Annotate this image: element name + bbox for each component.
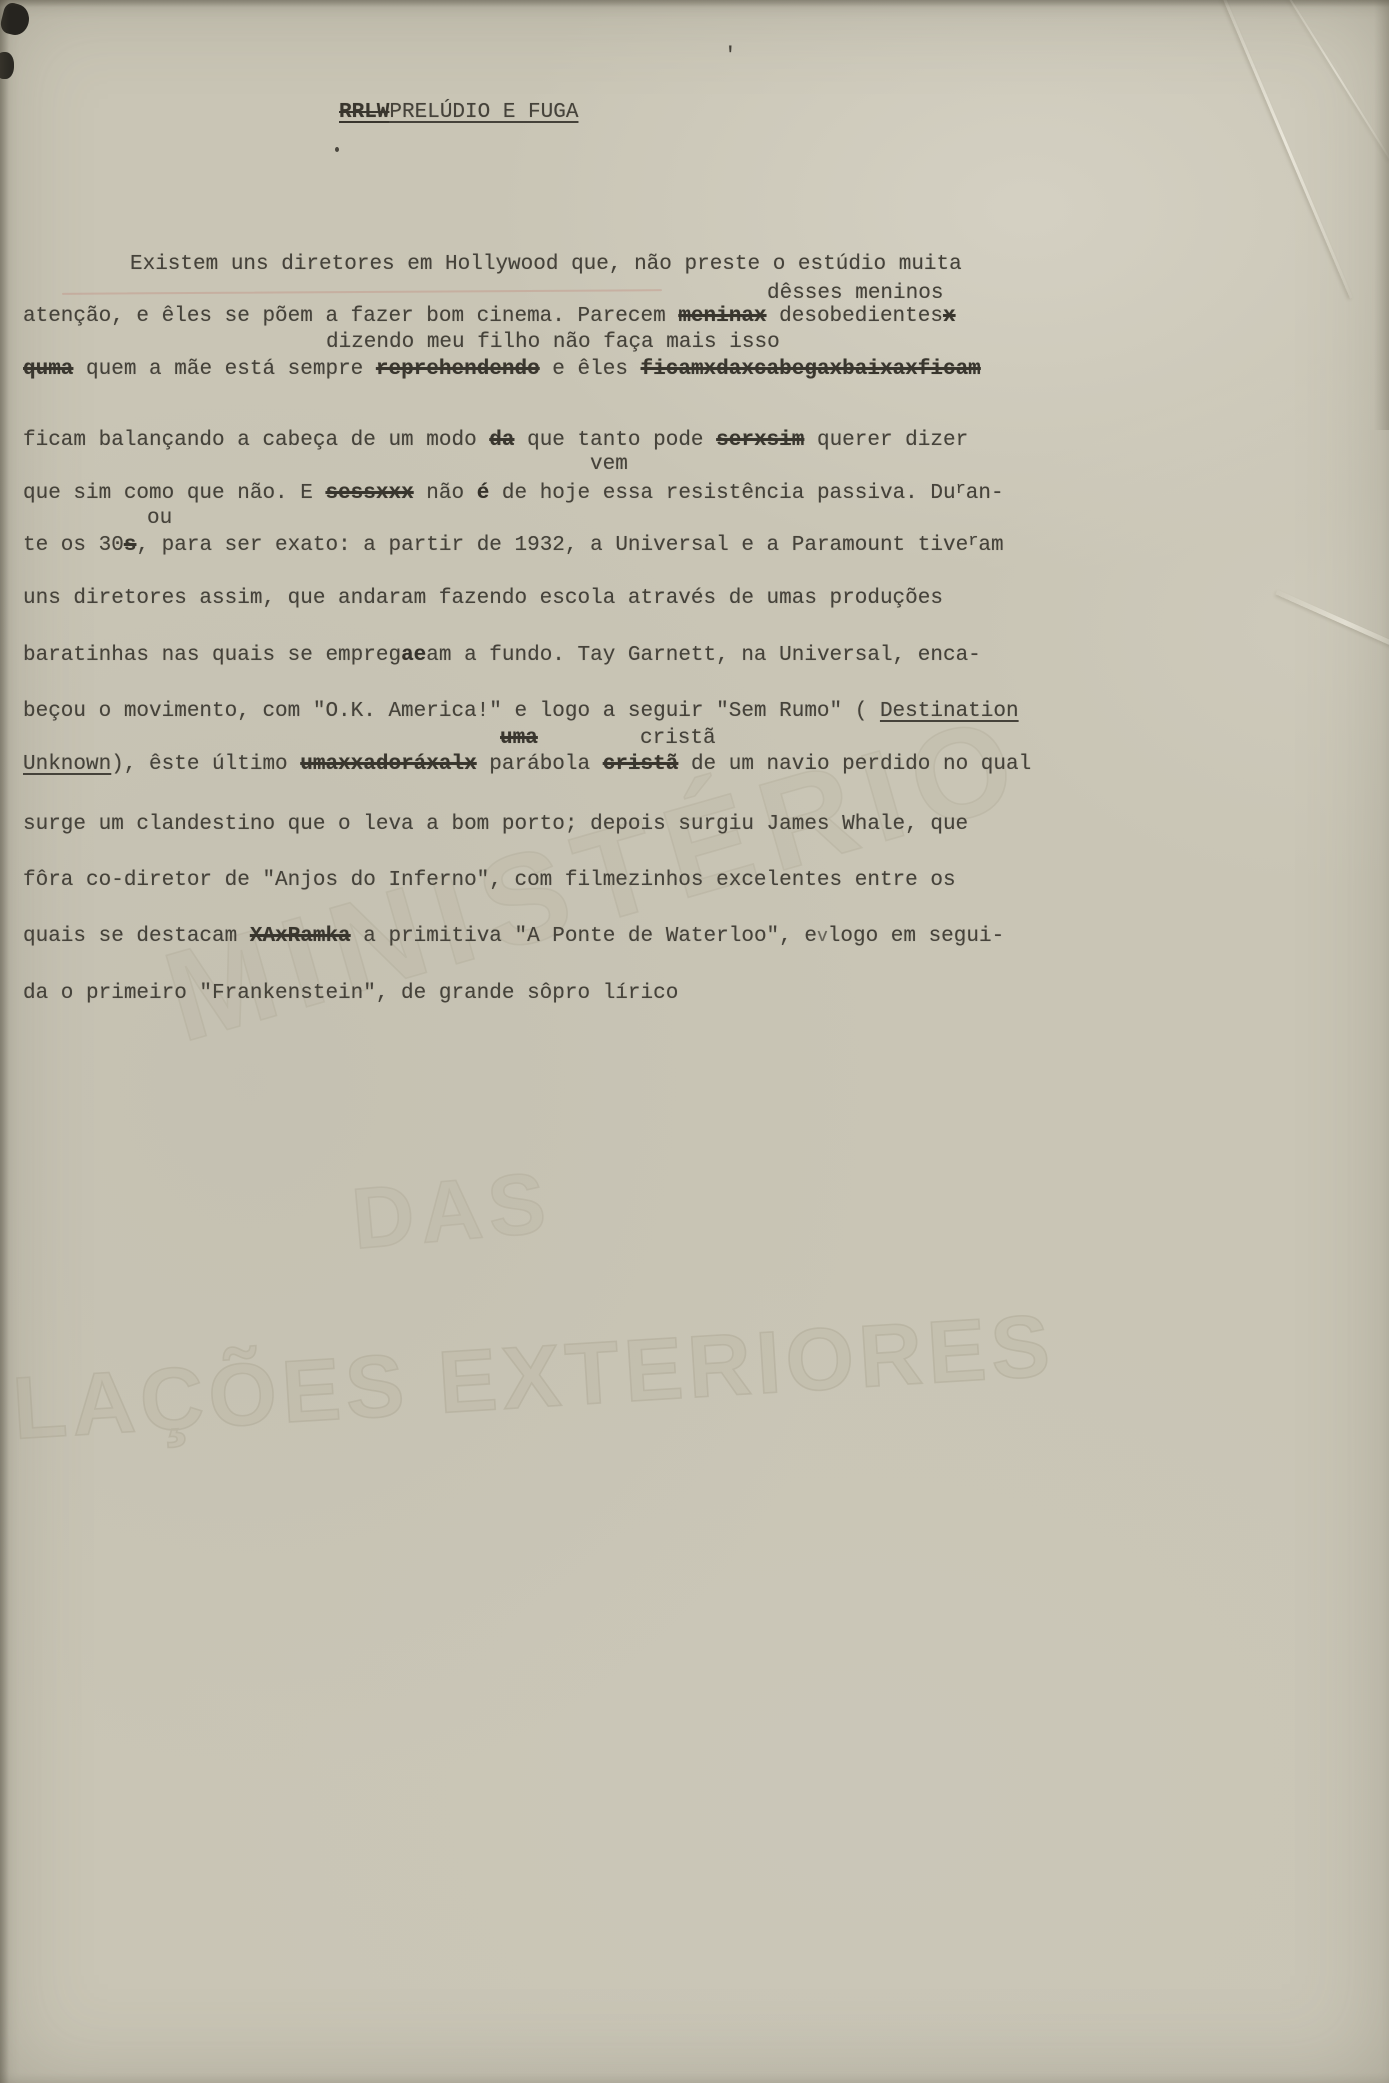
text-segment: da o primeiro "Frankenstein", de grande … [23,982,678,1005]
text-segment: dizendo meu filho não faça mais isso [326,331,780,354]
text-segment: Existem uns diretores em Hollywood que, … [130,253,962,276]
text-segment: uma [500,727,538,750]
text-segment: logo em segui- [828,925,1004,948]
inserted-correction: dizendo meu filho não faça mais isso [326,330,780,356]
body-line: da o primeiro "Frankenstein", de grande … [23,981,678,1007]
paper-sheet: MINISTÉRIO DAS LAÇÕES EXTERIORES RRLWPRE… [0,0,1389,2083]
text-segment: beçou o movimento, com "O.K. America!" e… [23,700,880,723]
body-line: uns diretores assim, que andaram fazendo… [23,586,943,612]
text-segment: atenção, e êles se põem a fazer bom cine… [23,305,678,328]
text-segment: ficamxdaxcabegaxbaixaxficam [641,358,981,381]
text-segment: x [943,305,956,328]
inserted-correction: uma [500,726,538,752]
text-segment: que tanto pode [515,429,717,452]
text-segment: é [477,482,490,505]
text-segment: desobedientes [767,305,943,328]
text-segment: não [414,482,477,505]
body-line: fôra co-diretor de "Anjos do Inferno", c… [23,868,956,894]
text-segment: meninax [678,305,766,328]
text-segment: Unknown [23,753,111,776]
stray-mark: ' [724,44,737,70]
text-segment: de um navio perdido no qual [678,753,1031,776]
text-segment: de hoje essa resistência passiva. Du [489,482,955,505]
body-line: que sim como que não. E sessxxx não é de… [23,477,1004,507]
text-segment: sessxxx [325,482,413,505]
text-segment: serxsim [716,429,804,452]
text-segment: fôra co-diretor de "Anjos do Inferno", c… [23,869,956,892]
inserted-correction: cristã [640,726,716,752]
text-segment: que sim como que não. E [23,482,325,505]
text-segment: ae [401,644,426,667]
text-segment: baratinhas nas quais se empreg [23,644,401,667]
text-segment: XAxRamka [250,925,351,948]
text-segment: quais se destacam [23,925,250,948]
text-segment: PRELÚDIO E FUGA [389,101,578,124]
ink-dot [335,147,339,152]
text-segment: reprehendendo [376,358,540,381]
text-segment: ou [147,507,172,530]
text-segment: da [489,429,514,452]
text-segment: quma [23,358,73,381]
text-segment: umaxxadoráxalx [300,753,476,776]
body-line: te os 30s, para ser exato: a partir de 1… [23,529,1004,559]
paper-crease [1275,590,1389,656]
text-segment: cristã [640,727,716,750]
body-line: beçou o movimento, com "O.K. America!" e… [23,699,1019,725]
text-segment: e êles [540,358,641,381]
text-segment: r [968,532,978,551]
body-line: Existem uns diretores em Hollywood que, … [130,252,962,278]
text-segment: surge um clandestino que o leva a bom po… [23,813,968,836]
body-line: ficam balançando a cabeça de um modo da … [23,428,968,454]
title-line: RRLWPRELÚDIO E FUGA [339,100,578,126]
body-line: atenção, e êles se põem a fazer bom cine… [23,304,956,330]
text-segment: s [124,534,137,557]
watermark-das: DAS [348,1153,555,1269]
body-line: quma quem a mãe está sempre reprehendend… [23,357,981,383]
text-segment: an- [966,482,1004,505]
text-segment: ficam balançando a cabeça de um modo [23,429,489,452]
text-segment: am [978,534,1003,557]
top-edge-shadow [0,0,1389,7]
text-segment: parábola [477,753,603,776]
text-segment: Destination [880,700,1019,723]
text-segment: dêsses meninos [767,282,943,305]
text-segment: , para ser exato: a partir de 1932, a Un… [136,534,968,557]
paper-crease [1279,0,1389,161]
body-line: surge um clandestino que o leva a bom po… [23,812,968,838]
text-segment: RRLW [339,101,389,124]
text-segment: ' [724,45,737,68]
right-edge-shadow [1374,0,1389,430]
text-segment: vem [590,453,628,476]
text-segment: cristã [603,753,679,776]
text-segment: te os 30 [23,534,124,557]
text-segment: quem a mãe está sempre [73,358,375,381]
paper-crease [1217,0,1353,299]
watermark-relacoes-exteriores: LAÇÕES EXTERIORES [10,1294,1058,1460]
paper-stain [62,289,662,295]
text-segment: ), êste último [111,753,300,776]
left-edge-shadow [0,0,9,2083]
text-segment: a primitiva "A Ponte de Waterloo", e [351,925,817,948]
body-line: quais se destacam XAxRamka a primitiva "… [23,924,1004,950]
body-line: Unknown), êste último umaxxadoráxalx par… [23,752,1031,778]
text-segment: querer dizer [804,429,968,452]
inserted-correction: vem [590,452,628,478]
body-line: baratinhas nas quais se empregaeam a fun… [23,643,981,669]
text-segment: r [956,480,966,499]
text-segment: v [817,927,828,947]
text-segment: am a fundo. Tay Garnett, na Universal, e… [426,644,981,667]
text-segment: uns diretores assim, que andaram fazendo… [23,587,943,610]
